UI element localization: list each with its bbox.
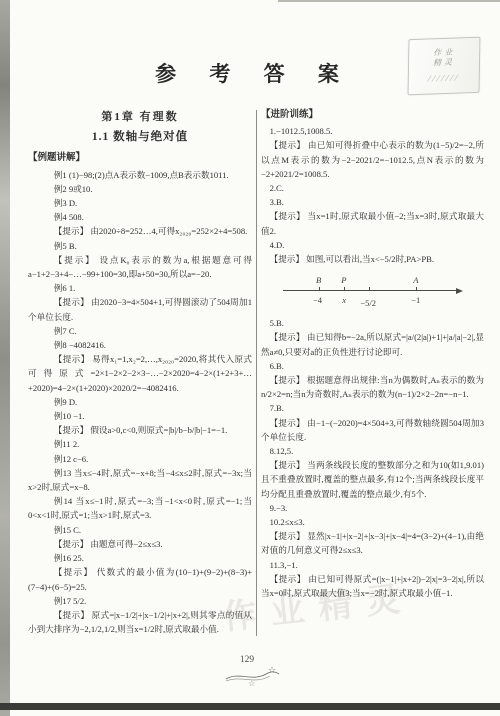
tick-mark [344,287,345,291]
scan-bottom-edge [0,703,500,710]
two-column-layout: 第1章 有理数 1.1 数轴与绝对值 【例题讲解】 例1 (1)−98;(2)点… [28,108,484,636]
answer-line: 例2 9或10. [28,182,252,196]
scan-top-edge [278,0,500,2]
answer-line: 【提示】 由已知得b=−2a,所以原式=|a/(2|a|)+1|+|a/|a|−… [261,330,484,358]
answer-line: 【提示】 显然|x−1|+|x−2|+|x−3|+|x−4|=4=(3−2)+(… [261,529,484,557]
answer-line: 6.B. [261,359,484,373]
answer-line: 7.B. [261,401,484,415]
answer-line: 【提示】 当x=1时,原式取最小值−2;当x=3时,原式取最大值2. [261,209,484,237]
answer-line: 例16 25. [28,551,252,565]
answer-line: 例12 c−6. [28,452,252,466]
answer-line: 例7 C. [28,324,252,338]
answer-line: 【提示】 代数式的最小值为(10−1)+(9−2)+(8−3)+(7−4)+(6… [28,565,252,593]
advanced-answer-list-bottom: 5.B.【提示】 由已知得b=−2a,所以原式=|a/(2|a|)+1|+|a/… [261,316,484,600]
answer-line: 例5 B. [28,239,252,253]
answer-line: 例8 −4082416. [28,338,252,352]
answer-line: 例14 当x≤−1时,原式=−3;当−1<x<0时,原式=−1;当0<x<1时,… [28,494,252,522]
scanned-answer-page: 参 考 答 案 作业 精灵 /////// 第1章 有理数 1.1 数轴与绝对值… [0,0,500,716]
book-spine-shadow [0,0,10,716]
number-line-figure: B P A −4 x −5/2 −1 [283,270,463,312]
column-divider-rule [256,110,257,636]
answer-line: 例4 508. [28,210,252,224]
examples-block-header: 【例题讲解】 [28,151,252,165]
answer-line: 【提示】 易得x₁=1,x₂=2,…,x₂₀₂₀=2020,将其代入原式可得原式… [28,352,252,395]
answer-line: 【提示】 如图,可以看出,当x<−5/2时,PA>PB. [261,252,484,266]
answer-line: 例13 当x≤−4时,原式=−x+8;当−4≤x≤2时,原式=−3x;当x>2时… [28,466,252,494]
axis-value-label: x [342,293,346,307]
answer-line: 2.C. [261,181,484,195]
point-label-P: P [341,273,346,287]
answer-line: 例11 2. [28,437,252,451]
svg-text:☆: ☆ [248,679,255,688]
answer-line: 9.−3. [261,501,484,515]
tick-mark [416,287,417,291]
answer-line: 例10 −1. [28,409,252,423]
answer-line: 【提示】 由题意可得−2≤x≤3. [28,537,252,551]
answer-line: 4.D. [261,238,484,252]
advanced-block-header: 【进阶训练】 [261,108,484,122]
point-label-B: B [316,273,321,287]
advanced-answer-list-top: 1.−1012.5,1008.5.【提示】 由已知可得折叠中心表示的数为(1−5… [261,124,484,266]
left-column: 第1章 有理数 1.1 数轴与绝对值 【例题讲解】 例1 (1)−98;(2)点… [28,108,252,636]
axis-value-label: −4 [313,293,322,307]
answer-line: 例6 1. [28,281,252,295]
answer-line: 例15 C. [28,523,252,537]
number-line-arrowhead-icon [456,288,463,294]
answer-line: 【提示】 由2020÷8=252…4,可得x₂₀₂₀=252×2+4=508. [28,224,252,238]
answer-line: 例9 D. [28,395,252,409]
stamp-hatch-marks: /////// [407,72,480,85]
tick-mark [319,287,320,291]
answer-line: 例3 D. [28,196,252,210]
examples-answer-list: 例1 (1)−98;(2)点A表示数−1009,点B表示数1011.例2 9或1… [28,168,252,637]
answer-line: 【提示】 由2020−3=4×504+1,可得圆滚动了504周加1个单位长度. [28,295,252,323]
answer-line: 例17 5/2. [28,594,252,608]
page-footer-ornament: ☆ ☆ [224,664,286,688]
answer-line: 【提示】 设点K₀表示的数为a,根据题意可得a−1+2−3+4−…−99+100… [28,253,252,281]
answer-line: 11.3,−1. [261,558,484,572]
stamp-text-line2: 精灵 [409,57,479,69]
answer-line: 10.2≤x≤3. [261,515,484,529]
answer-line: 【提示】 由−1−(−2020)=4×504+3,可得数轴绕圆504周加3个单位… [261,416,484,444]
answer-line: 5.B. [261,316,484,330]
answer-line: 【提示】 原式=|x−1/2|+|x−1/2|+|x+2|,则其零点的值从小到大… [28,608,252,636]
section-heading: 1.1 数轴与绝对值 [28,130,252,144]
answer-line: 8.12,5. [261,444,484,458]
axis-value-label: −5/2 [360,296,376,310]
answer-line: 【提示】 假设a>0,c<0,则原式=|b|/b−b/|b|−1=−1. [28,423,252,437]
svg-text:☆: ☆ [268,665,276,675]
answer-line: 1.−1012.5,1008.5. [261,124,484,138]
chapter-heading: 第1章 有理数 [28,110,252,124]
point-label-A: A [413,273,418,287]
tick-mark [369,287,370,291]
answer-line: 【提示】 由已知可得原式=(|x−1|+|x+2|)−2|x|=3−2|x|,所… [261,572,484,600]
axis-value-label: −1 [411,293,420,307]
right-column: 【进阶训练】 1.−1012.5,1008.5.【提示】 由已知可得折叠中心表示… [261,108,484,636]
answer-line: 【提示】 由已知可得折叠中心表示的数为(1−5)/2=−2,所以点M表示的数为−… [261,138,484,181]
homework-note-stamp: 作业 精灵 /////// [408,37,481,96]
answer-line: 3.B. [261,195,484,209]
answer-line: 【提示】 当两条线段长度的整数部分之和为10(如1,9.01)且不重叠放置时,覆… [261,458,484,501]
answer-line: 例1 (1)−98;(2)点A表示数−1009,点B表示数1011. [28,168,252,182]
answer-line: 【提示】 根据题意得出规律:当n为偶数时,Aₙ表示的数为n/2×2=n;当n为奇… [261,373,484,401]
